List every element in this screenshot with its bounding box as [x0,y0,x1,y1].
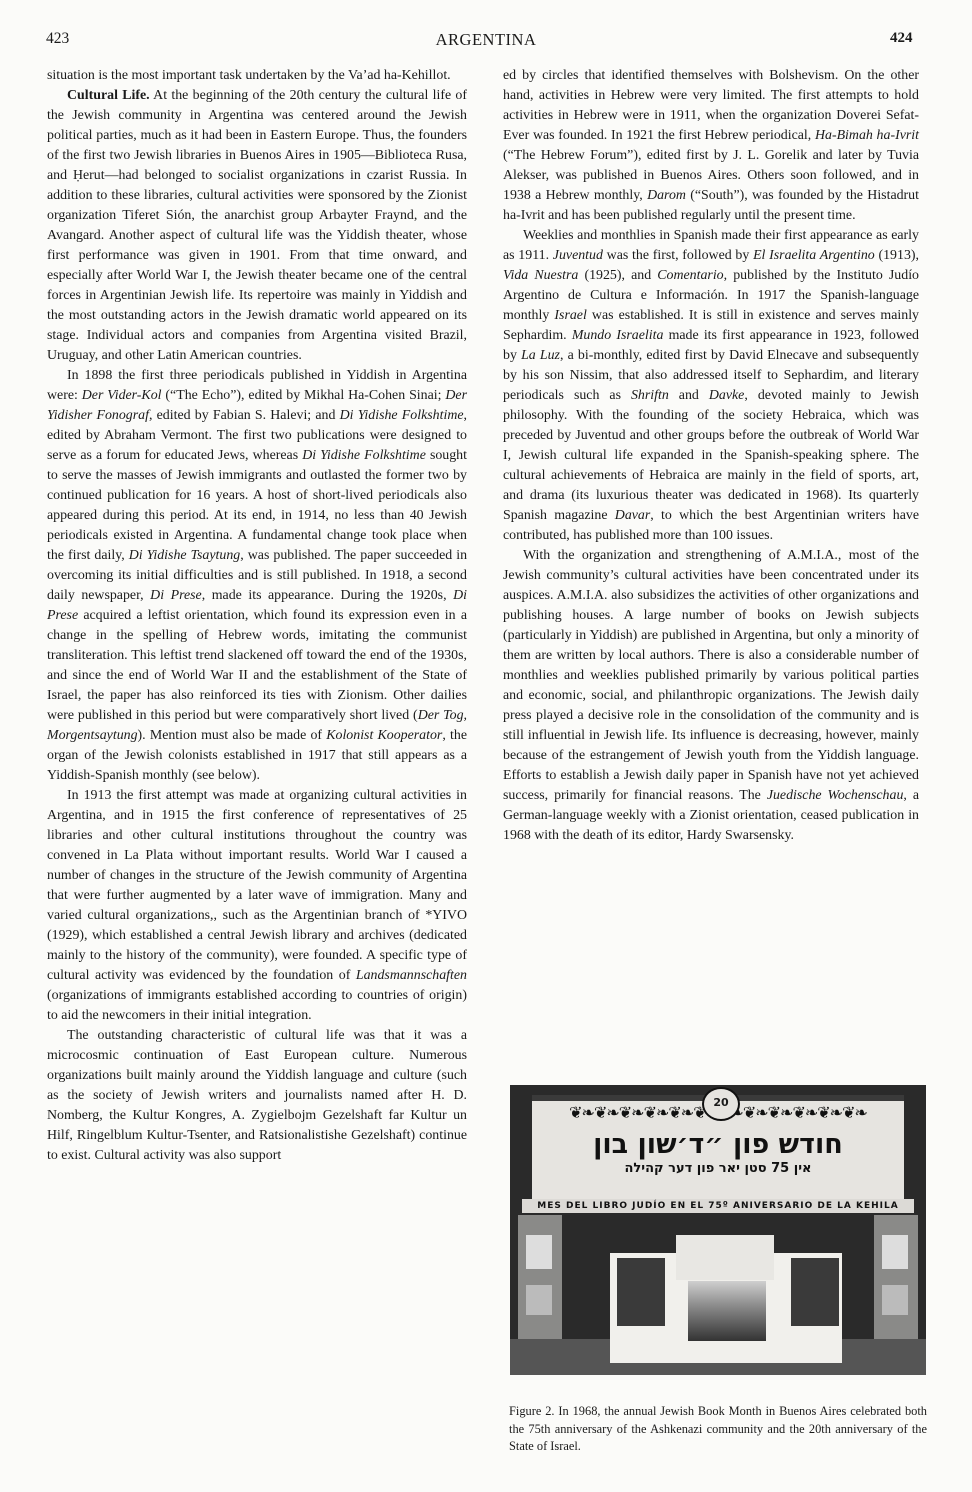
left-column: situation is the most important task und… [47,66,467,1166]
banner-spanish-text: MES DEL LIBRO JUDÍO EN EL 75º ANIVERSARI… [522,1199,914,1213]
paragraph: ed by circles that identified themselves… [503,66,919,226]
paragraph: situation is the most important task und… [47,66,467,86]
section-heading: Cultural Life. [67,88,150,103]
paragraph: In 1898 the first three periodicals publ… [47,366,467,786]
paragraph-cultural-life: Cultural Life. At the beginning of the 2… [47,86,467,366]
display-stand-top [676,1235,774,1280]
israel-20-emblem-icon: 20 [702,1087,740,1121]
display-landscape-picture [688,1281,766,1341]
right-column: ed by circles that identified themselves… [503,66,919,846]
page-number-right: 424 [890,30,913,47]
paragraph: The outstanding characteristic of cultur… [47,1026,467,1166]
banner-hebrew-title: חודש פון ״ד׳שון בון [572,1129,864,1160]
paragraph: Weeklies and monthlies in Spanish made t… [503,226,919,546]
display-panel-left [614,1255,668,1329]
display-panel-right [788,1255,842,1329]
exhibit-wall-right [874,1215,918,1355]
exhibit-banner: ❦❧❦❧❦❧❦❧❦❧❦❧❦❧❦❧❦❧❦❧❦❧❦❧ 20 חודש פון ״ד׳… [532,1095,904,1199]
running-title: ARGENTINA [0,30,972,50]
figure-photo-book-month-exhibit: ❦❧❦❧❦❧❦❧❦❧❦❧❦❧❦❧❦❧❦❧❦❧❦❧ 20 חודש פון ״ד׳… [510,1085,926,1375]
paragraph: In 1913 the first attempt was made at or… [47,786,467,1026]
figure-caption: Figure 2. In 1968, the annual Jewish Boo… [509,1403,927,1456]
paragraph: With the organization and strengthening … [503,546,919,846]
exhibit-wall-left [518,1215,562,1355]
banner-hebrew-subtitle: אין 75 סטן יאר פון דער קהילה [572,1161,864,1176]
